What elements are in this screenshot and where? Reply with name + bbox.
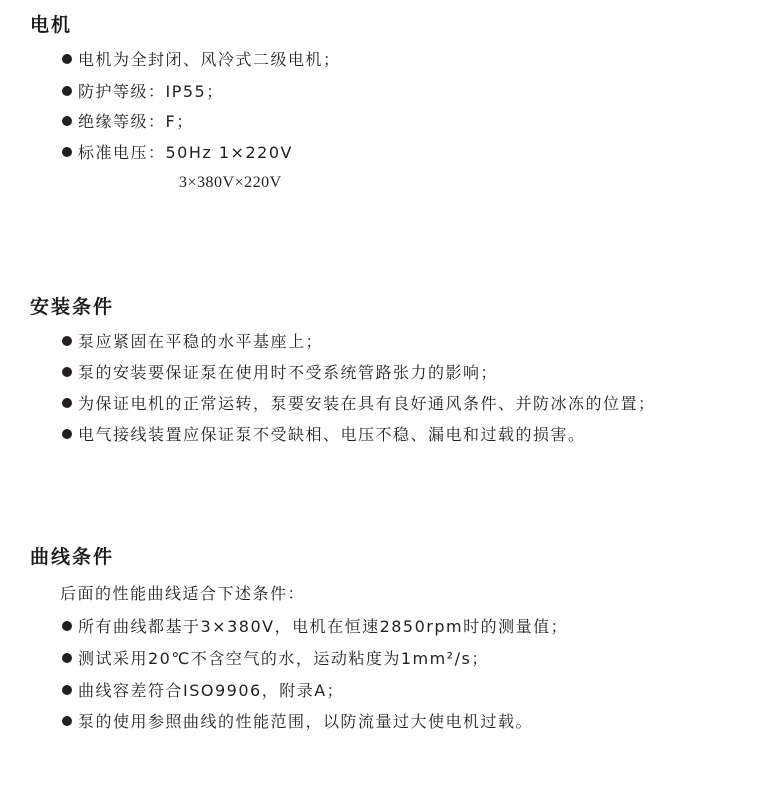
list-item-text: 防护等级：IP55； <box>78 82 224 101</box>
list-item: 标准电压：50Hz 1×220V <box>62 142 293 164</box>
section-intro: 后面的性能曲线适合下述条件： <box>60 583 305 605</box>
section-title-curve-conditions: 曲线条件 <box>30 545 114 569</box>
list-item-text: 标准电压：50Hz 1×220V <box>78 143 293 162</box>
list-item: 电机为全封闭、风冷式二级电机； <box>62 49 341 71</box>
bullet-icon <box>62 429 72 439</box>
list-item-text: 电机为全封闭、风冷式二级电机； <box>78 50 341 69</box>
bullet-icon <box>62 621 72 631</box>
bullet-icon <box>62 147 72 157</box>
list-item-text: 为保证电机的正常运转，泵要安装在具有良好通风条件、并防冰冻的位置； <box>78 394 656 413</box>
list-item-text: 泵的安装要保证泵在使用时不受系统管路张力的影响； <box>78 363 498 382</box>
list-item-text: 所有曲线都基于3×380V，电机在恒速2850rpm时的测量值； <box>78 617 568 636</box>
list-item: 防护等级：IP55； <box>62 81 224 103</box>
list-item-text: 绝缘等级：F； <box>78 112 194 131</box>
list-item-text: 测试采用20℃不含空气的水，运动粘度为1mm²/s； <box>78 649 489 668</box>
list-item: 绝缘等级：F； <box>62 111 194 133</box>
bullet-icon <box>62 336 72 346</box>
bullet-icon <box>62 685 72 695</box>
list-item: 泵的安装要保证泵在使用时不受系统管路张力的影响； <box>62 362 498 384</box>
list-item-text: 电气接线装置应保证泵不受缺相、电压不稳、漏电和过载的损害。 <box>78 425 586 444</box>
bullet-icon <box>62 398 72 408</box>
list-item-text: 泵的使用参照曲线的性能范围，以防流量过大使电机过载。 <box>78 712 533 731</box>
bullet-icon <box>62 716 72 726</box>
bullet-icon <box>62 116 72 126</box>
list-item: 泵应紧固在平稳的水平基座上； <box>62 331 323 353</box>
list-item-text: 曲线容差符合ISO9906，附录A； <box>78 681 344 700</box>
list-item: 泵的使用参照曲线的性能范围，以防流量过大使电机过载。 <box>62 711 533 733</box>
list-item-text: 泵应紧固在平稳的水平基座上； <box>78 332 323 351</box>
bullet-icon <box>62 54 72 64</box>
list-item: 电气接线装置应保证泵不受缺相、电压不稳、漏电和过载的损害。 <box>62 424 586 446</box>
list-item: 所有曲线都基于3×380V，电机在恒速2850rpm时的测量值； <box>62 616 568 638</box>
bullet-icon <box>62 653 72 663</box>
section-title-installation: 安装条件 <box>30 295 114 319</box>
bullet-icon <box>62 86 72 96</box>
list-item: 为保证电机的正常运转，泵要安装在具有良好通风条件、并防冰冻的位置； <box>62 393 656 415</box>
section-title-motor: 电机 <box>30 13 72 37</box>
list-item: 测试采用20℃不含空气的水，运动粘度为1mm²/s； <box>62 648 489 670</box>
bullet-icon <box>62 367 72 377</box>
list-item: 曲线容差符合ISO9906，附录A； <box>62 680 344 702</box>
list-item-continuation: 3×380V×220V <box>179 172 282 194</box>
